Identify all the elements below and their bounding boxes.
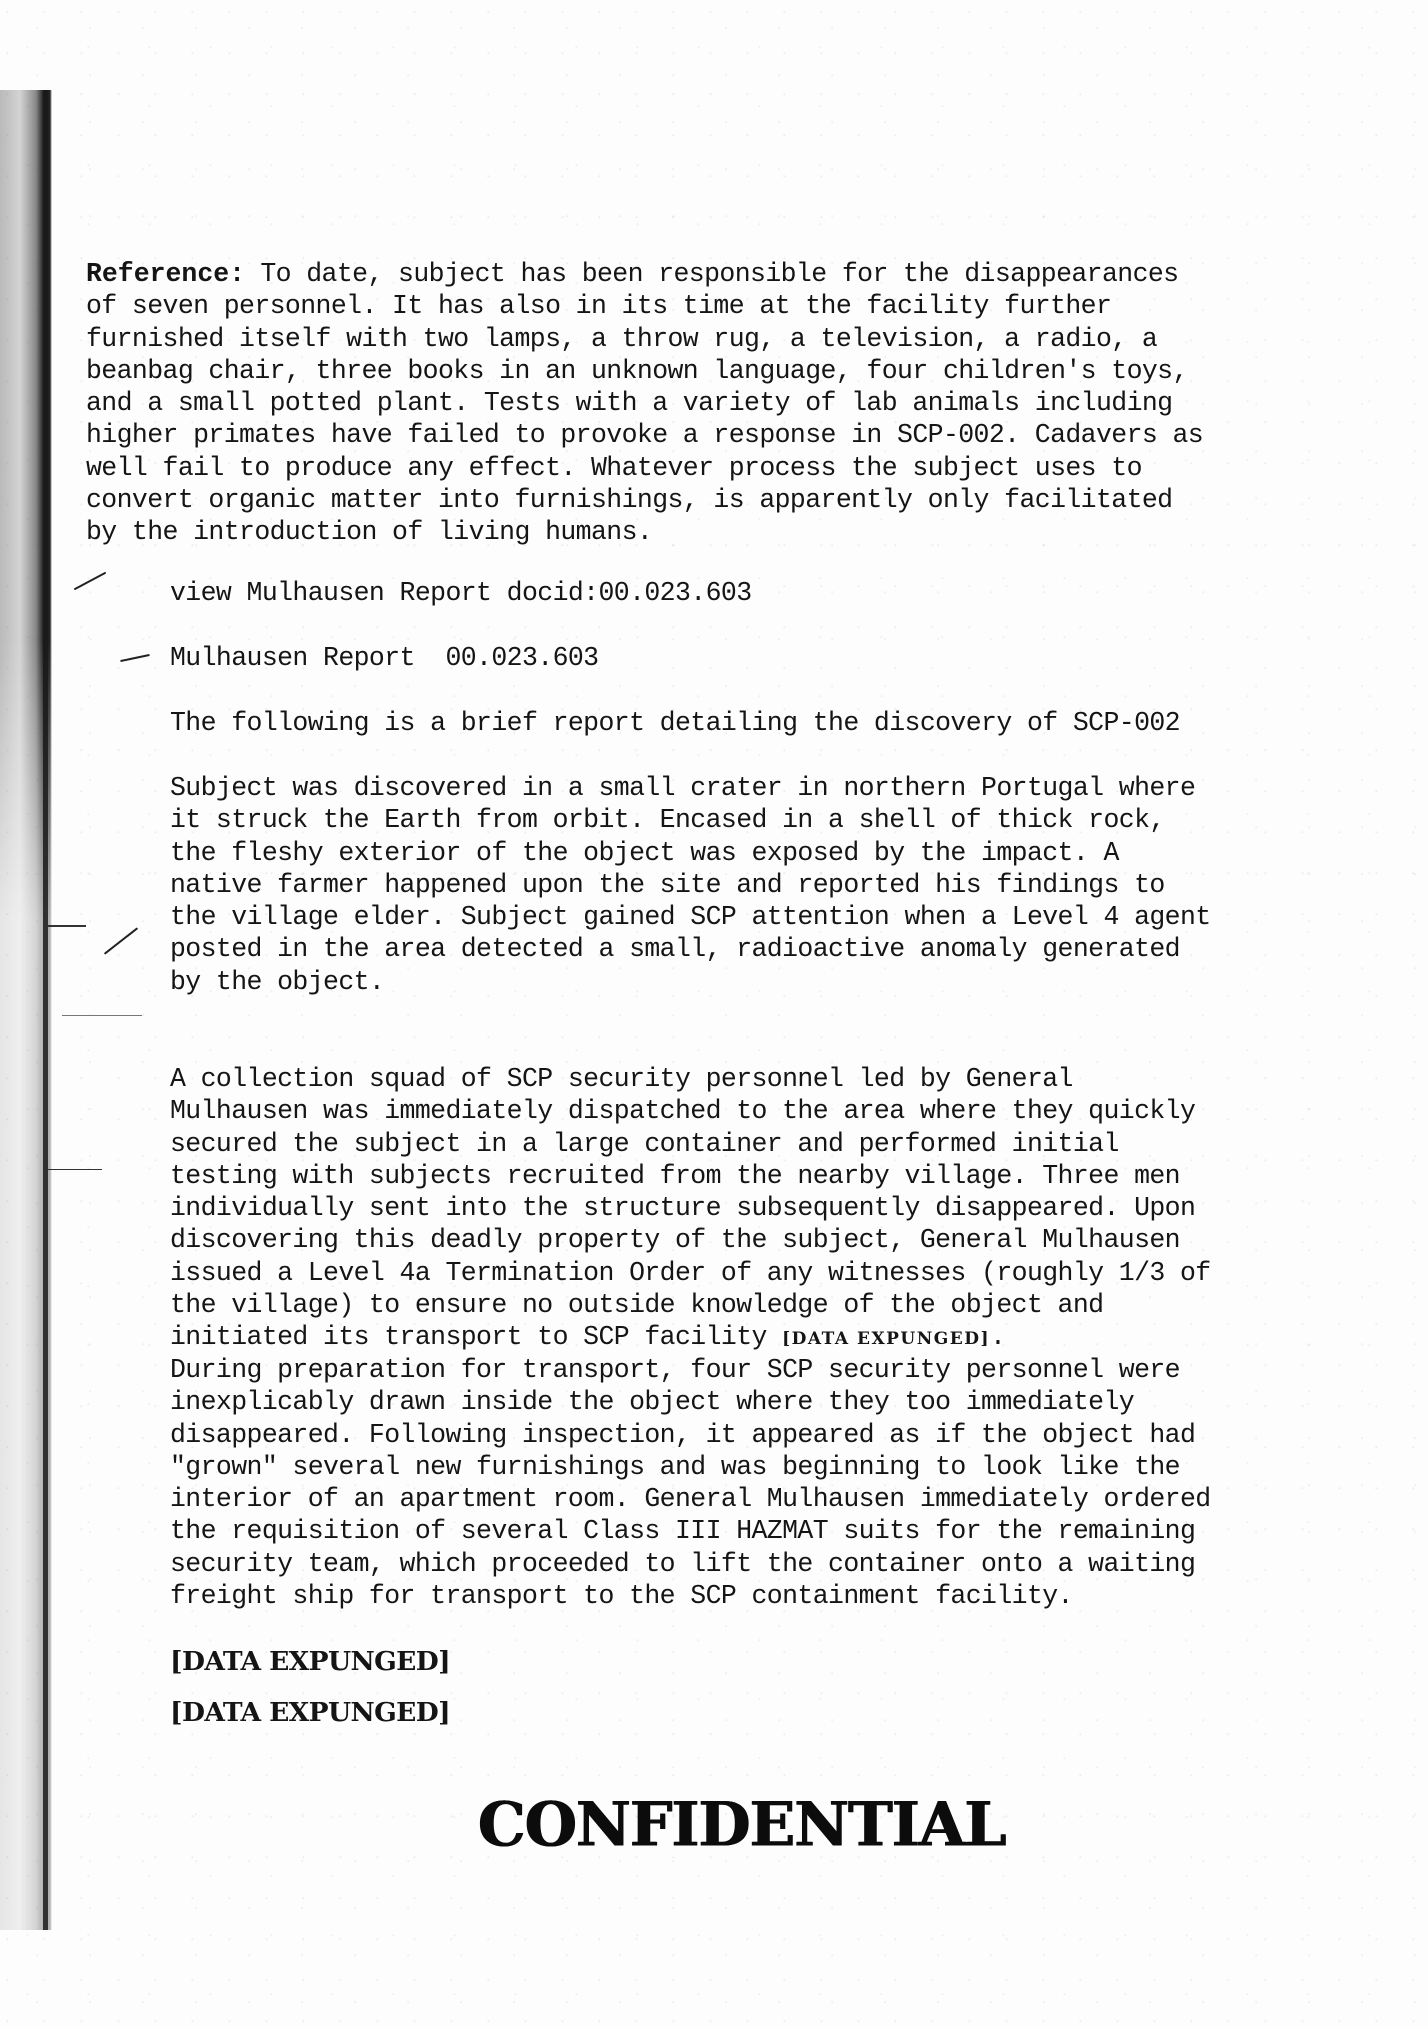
paragraph-line: "grown" several new furnishings and was …	[170, 1452, 1180, 1482]
document-page: Reference: To date, subject has been res…	[0, 0, 1428, 2028]
paragraph-line: the village elder. Subject gained SCP at…	[170, 902, 1211, 932]
paragraph-line: During preparation for transport, four S…	[170, 1355, 1180, 1385]
paragraph-line: secured the subject in a large container…	[170, 1129, 1119, 1159]
reference-line: convert organic matter into furnishings,…	[86, 485, 1172, 515]
paragraph-line: issued a Level 4a Termination Order of a…	[170, 1258, 1211, 1288]
paragraph-line: security team, which proceeded to lift t…	[170, 1549, 1195, 1579]
reference-line: well fail to produce any effect. Whateve…	[86, 453, 1142, 483]
paragraph-line: Mulhausen was immediately dispatched to …	[170, 1096, 1195, 1126]
data-expunged-inline: [DATA EXPUNGED]	[782, 1329, 990, 1349]
paragraph-line: posted in the area detected a small, rad…	[170, 934, 1180, 964]
paragraph-line: the fleshy exterior of the object was ex…	[170, 838, 1119, 868]
paragraph-line: A collection squad of SCP security perso…	[170, 1064, 1073, 1094]
paragraph-line: it struck the Earth from orbit. Encased …	[170, 805, 1165, 835]
reference-label: Reference:	[86, 259, 245, 289]
pen-mark	[74, 572, 107, 591]
margin-tick	[62, 1015, 142, 1016]
report-intro: The following is a brief report detailin…	[170, 708, 1180, 738]
pen-mark	[104, 927, 138, 954]
transport-paragraph: During preparation for transport, four S…	[170, 1354, 1211, 1612]
reference-line: furnished itself with two lamps, a throw…	[86, 324, 1157, 354]
reference-line: To date, subject has been responsible fo…	[245, 259, 1178, 289]
reference-line: and a small potted plant. Tests with a v…	[86, 388, 1172, 418]
data-expunged-block: [DATA EXPUNGED]	[170, 1646, 450, 1677]
paragraph-line: the requisition of several Class III HAZ…	[170, 1516, 1195, 1546]
discovery-paragraph: Subject was discovered in a small crater…	[170, 772, 1211, 998]
paragraph-line: initiated its transport to SCP facility	[170, 1322, 782, 1352]
paragraph-line: inexplicably drawn inside the object whe…	[170, 1387, 1134, 1417]
data-expunged-block: [DATA EXPUNGED]	[170, 1697, 450, 1728]
paragraph-line: Subject was discovered in a small crater…	[170, 773, 1195, 803]
paragraph-line: by the object.	[170, 967, 384, 997]
reference-line: of seven personnel. It has also in its t…	[86, 291, 1111, 321]
reference-line: beanbag chair, three books in an unknown…	[86, 356, 1188, 386]
confidential-stamp: CONFIDENTIAL	[478, 1789, 1006, 1860]
paragraph-line: native farmer happened upon the site and…	[170, 870, 1165, 900]
view-report-link[interactable]: view Mulhausen Report docid:00.023.603	[170, 578, 752, 608]
paragraph-line: interior of an apartment room. General M…	[170, 1484, 1211, 1514]
margin-tick	[46, 1169, 102, 1170]
binding-line	[43, 90, 48, 1930]
reference-line: higher primates have failed to provoke a…	[86, 420, 1203, 450]
reference-paragraph: Reference: To date, subject has been res…	[86, 258, 1203, 549]
reference-line: by the introduction of living humans.	[86, 517, 652, 547]
paragraph-end: .	[990, 1322, 1005, 1352]
paragraph-line: individually sent into the structure sub…	[170, 1193, 1195, 1223]
paragraph-line: disappeared. Following inspection, it ap…	[170, 1420, 1195, 1450]
collection-paragraph: A collection squad of SCP security perso…	[170, 1063, 1211, 1356]
margin-tick	[46, 925, 86, 927]
report-title: Mulhausen Report 00.023.603	[170, 643, 598, 673]
paragraph-line: discovering this deadly property of the …	[170, 1225, 1180, 1255]
pen-mark	[120, 654, 150, 662]
paragraph-line: the village) to ensure no outside knowle…	[170, 1290, 1103, 1320]
paragraph-line: testing with subjects recruited from the…	[170, 1161, 1180, 1191]
paragraph-line: freight ship for transport to the SCP co…	[170, 1581, 1073, 1611]
